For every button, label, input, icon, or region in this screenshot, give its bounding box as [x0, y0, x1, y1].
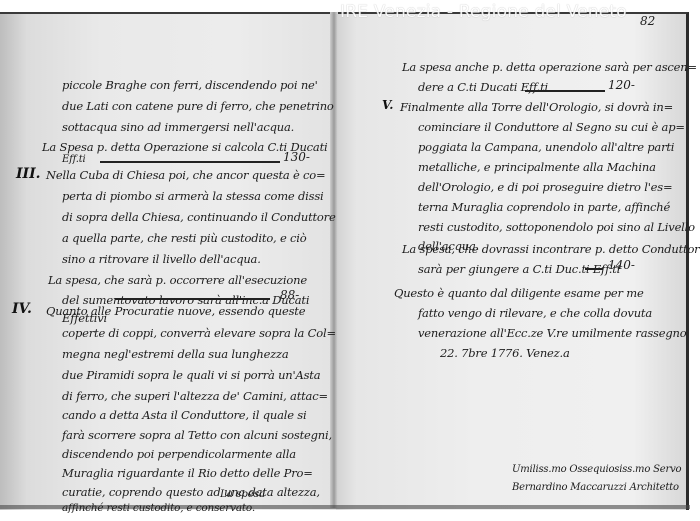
- section-numeral-v: V.: [382, 98, 393, 112]
- text-line: curatie, coprendo questo ad una data alt…: [62, 485, 320, 499]
- text-line: affinché resti custodito, e conservato.: [62, 502, 255, 514]
- text-line: a quella parte, che resti più custodito,…: [62, 231, 306, 245]
- amount-rule: [525, 90, 605, 92]
- text-line: venerazione all'Ecc.ze V.re umilmente ra…: [418, 326, 686, 340]
- text-line: La spesa anche p. detta operazione sarà …: [402, 60, 697, 74]
- folio-number: 82: [640, 14, 655, 28]
- text-line: Questo è quanto dal diligente esame per …: [394, 286, 644, 300]
- text-line: megna negl'estremi della sua lunghezza: [62, 347, 289, 361]
- text-line: dell'Orologio, e di poi proseguire dietr…: [418, 180, 672, 194]
- text-line: cominciare il Conduttore al Segno su cui…: [418, 120, 685, 134]
- amount-rule: [100, 161, 280, 163]
- text-line: sottacqua sino ad immergersi nell'acqua.: [62, 120, 294, 134]
- text-line: sino a ritrovare il livello dell'acqua.: [62, 252, 261, 266]
- amount-value: 120-: [608, 78, 635, 92]
- amount-rule: [115, 298, 270, 300]
- manuscript-scan: IRE Venezia - Regione del Veneto 82 picc…: [0, 0, 700, 521]
- text-line: Muraglia riguardante il Rio detto delle …: [62, 466, 313, 480]
- section-numeral-iii: III.: [16, 166, 41, 182]
- text-line: Quanto alle Procuratie nuove, essendo qu…: [46, 304, 305, 318]
- text-line: due Piramidi sopra le quali vi si porrà …: [62, 368, 320, 382]
- text-line: poggiata la Campana, unendolo all'altre …: [418, 140, 674, 154]
- text-line: La spesa, che dovrassi incontrare p. det…: [402, 242, 700, 256]
- text-line: cando a detta Asta il Conduttore, il qua…: [62, 408, 306, 422]
- text-line: Nella Cuba di Chiesa poi, che ancor ques…: [46, 168, 325, 182]
- text-line: resti custodito, sottoponendolo poi sino…: [418, 220, 695, 234]
- watermark: IRE Venezia - Regione del Veneto: [340, 2, 627, 22]
- text-line: Eff.ti: [62, 154, 86, 165]
- text-line: discendendo poi perpendicolarmente alla: [62, 447, 296, 461]
- signature-salutation: Umiliss.mo Ossequiosiss.mo Servo: [512, 464, 681, 475]
- text-line: Finalmente alla Torre dell'Orologio, si …: [400, 100, 673, 114]
- amount-value: 140-: [608, 258, 635, 272]
- text-line: di sopra della Chiesa, continuando il Co…: [62, 210, 336, 224]
- text-line: di ferro, che superi l'altezza de' Camin…: [62, 389, 328, 403]
- signature-name: Bernardino Maccaruzzi Architetto: [512, 482, 679, 493]
- text-line: perta di piombo si armerà la stessa come…: [62, 189, 324, 203]
- text-line: farà scorrere sopra al Tetto con alcuni …: [62, 428, 332, 442]
- text-line: fatto vengo di rilevare, e che colla dov…: [418, 306, 652, 320]
- amount-value: 130-: [283, 150, 310, 164]
- text-line: coperte di coppi, converrà elevare sopra…: [62, 326, 336, 340]
- text-line: metalliche, e principalmente alla Machin…: [418, 160, 656, 174]
- amount-value: 88-: [280, 288, 299, 302]
- section-numeral-iv: IV.: [12, 301, 32, 317]
- text-line: piccole Braghe con ferri, discendendo po…: [62, 78, 318, 92]
- text-line: terna Muraglia coprendolo in parte, affi…: [418, 200, 670, 214]
- text-line: La spesa, che sarà p. occorrere all'esec…: [48, 273, 307, 287]
- amount-rule: [585, 268, 603, 270]
- catchword: La spesa: [220, 488, 265, 500]
- date-line: 22. 7bre 1776. Venez.a: [440, 346, 570, 360]
- text-line: due Lati con catene pure di ferro, che p…: [62, 99, 334, 113]
- text-line: dere a C.ti Ducati Eff.ti: [418, 80, 548, 94]
